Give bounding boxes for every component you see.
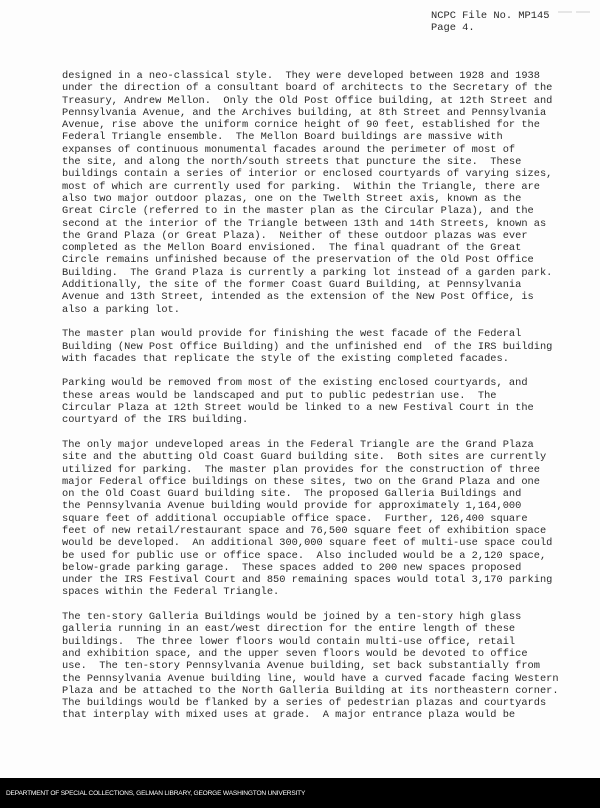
text-line: major Federal office buildings on these … [62, 476, 592, 488]
text-line: these areas would be landscaped and put … [62, 390, 592, 402]
paragraph: Parking would be removed from most of th… [62, 377, 592, 426]
text-line: and exhibition space, and the upper seve… [62, 648, 592, 660]
text-line: would be developed. An additional 300,00… [62, 537, 592, 549]
text-line: Federal Triangle ensemble. The Mellon Bo… [62, 131, 592, 143]
text-line: Circle remains unfinished because of the… [62, 254, 592, 266]
text-line: Great Circle (referred to in the master … [62, 205, 592, 217]
text-line: courtyard of the IRS building. [62, 414, 592, 426]
page-number: Page 4. [431, 22, 549, 34]
text-line: square feet of additional occupiable off… [62, 513, 592, 525]
paragraph: The ten-story Galleria Buildings would b… [62, 611, 592, 722]
text-line: The master plan would provide for finish… [62, 328, 592, 340]
file-number: NCPC File No. MP145 [431, 10, 549, 22]
text-line: Circular Plaza at 12th Street would be l… [62, 402, 592, 414]
page-header: NCPC File No. MP145Page 4. [431, 10, 549, 35]
paragraph: designed in a neo-classical style. They … [62, 70, 592, 316]
text-line: utilized for parking. The master plan pr… [62, 464, 592, 476]
text-line: the Pennsylvania Avenue building would p… [62, 500, 592, 512]
paragraph: The master plan would provide for finish… [62, 328, 592, 365]
text-line: Pennsylvania Avenue, and the Archives bu… [62, 107, 592, 119]
text-line: Plaza and be attached to the North Galle… [62, 685, 592, 697]
document-body: designed in a neo-classical style. They … [62, 70, 592, 734]
text-line: completed as the Mellon Board envisioned… [62, 242, 592, 254]
text-line: spaces within the Federal Triangle. [62, 586, 592, 598]
text-line: Building (New Post Office Building) and … [62, 341, 592, 353]
text-line: Parking would be removed from most of th… [62, 377, 592, 389]
text-line: with facades that replicate the style of… [62, 353, 592, 365]
paragraph: The only major undeveloped areas in the … [62, 439, 592, 599]
text-line: the site, and along the north/south stre… [62, 156, 592, 168]
document-page: NCPC File No. MP145Page 4. designed in a… [0, 0, 600, 778]
text-line: the Grand Plaza (or Great Plaza). Neithe… [62, 230, 592, 242]
text-line: the Pennsylvania Avenue building line, w… [62, 673, 592, 685]
text-line: under the direction of a consultant boar… [62, 82, 592, 94]
scan-corner-mark [554, 0, 594, 3]
text-line: buildings contain a series of interior o… [62, 168, 592, 180]
text-line: The buildings would be flanked by a seri… [62, 697, 592, 709]
text-line: that interplay with mixed uses at grade.… [62, 709, 592, 721]
text-line: use. The ten-story Pennsylvania Avenue b… [62, 660, 592, 672]
text-line: Treasury, Andrew Mellon. Only the Old Po… [62, 95, 592, 107]
archive-credit-text: DEPARTMENT OF SPECIAL COLLECTIONS, GELMA… [6, 790, 305, 797]
text-line: The only major undeveloped areas in the … [62, 439, 592, 451]
text-line: buildings. The three lower floors would … [62, 636, 592, 648]
text-line: Avenue, rise above the uniform cornice h… [62, 119, 592, 131]
text-line: on the Old Coast Guard building site. Th… [62, 488, 592, 500]
text-line: under the IRS Festival Court and 850 rem… [62, 574, 592, 586]
text-line: designed in a neo-classical style. They … [62, 70, 592, 82]
text-line: below-grade parking garage. These spaces… [62, 562, 592, 574]
text-line: also two major outdoor plazas, one on th… [62, 193, 592, 205]
text-line: most of which are currently used for par… [62, 181, 592, 193]
text-line: be used for public use or office space. … [62, 550, 592, 562]
text-line: The ten-story Galleria Buildings would b… [62, 611, 592, 623]
text-line: Building. The Grand Plaza is currently a… [62, 267, 592, 279]
text-line: feet of new retail/restaurant space and … [62, 525, 592, 537]
text-line: Additionally, the site of the former Coa… [62, 279, 592, 291]
text-line: galleria running in an east/west directi… [62, 623, 592, 635]
text-line: second at the interior of the Triangle b… [62, 218, 592, 230]
text-line: expanses of continuous monumental facade… [62, 144, 592, 156]
text-line: also a parking lot. [62, 304, 592, 316]
text-line: site and the abutting Old Coast Guard bu… [62, 451, 592, 463]
text-line: Avenue and 13th Street, intended as the … [62, 291, 592, 303]
archive-credit-footer: DEPARTMENT OF SPECIAL COLLECTIONS, GELMA… [0, 778, 600, 808]
